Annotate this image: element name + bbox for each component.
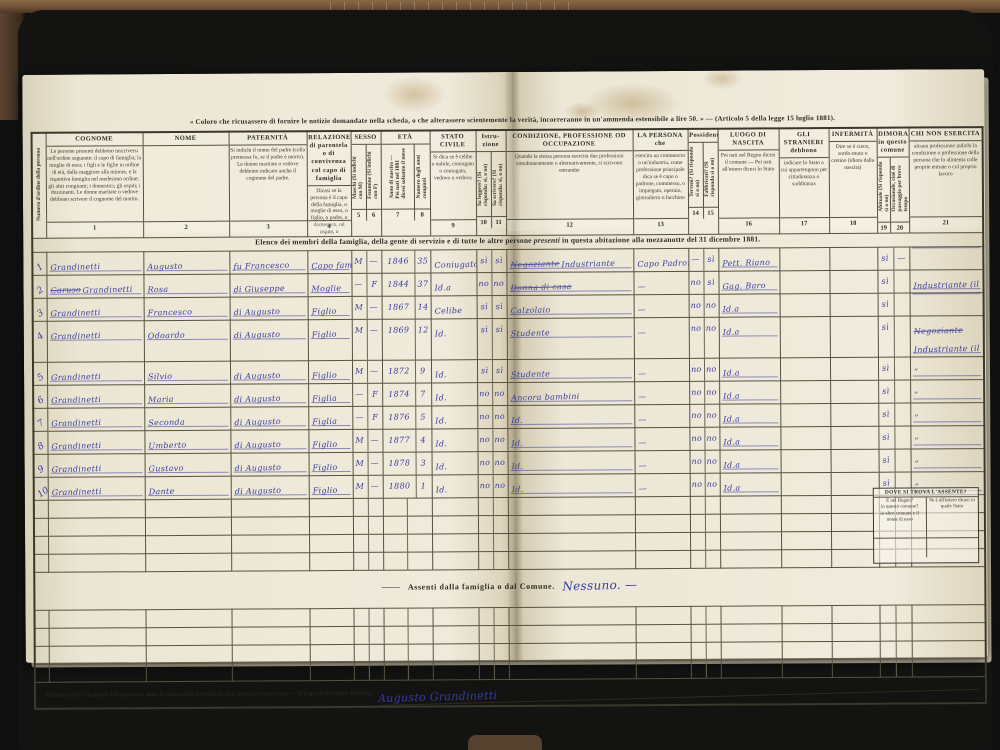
cell-condizione: Id. (507, 405, 634, 429)
cell-abituale-occasionale: sì (879, 449, 911, 472)
cell-abituale-occasionale: sì (878, 426, 910, 449)
blank-cell (383, 552, 432, 570)
cell-infermita (830, 316, 878, 357)
cell-cognome: Grandinetti (47, 321, 144, 363)
cell-legge-scrive: nono (477, 405, 507, 428)
cell-anno-anni: 18783 (383, 452, 432, 475)
blank-cell (831, 531, 879, 549)
cell-luogo: Gag. Baro (718, 271, 779, 294)
cell-cognome: Grandinetti (48, 477, 145, 501)
cell-chi_non: ” (911, 449, 985, 472)
cell-chi_non: ” (910, 380, 984, 403)
cell-luogo: Id.a (719, 358, 780, 381)
blank-cell (880, 659, 912, 677)
blank-cell (309, 516, 353, 534)
blank-cell (781, 514, 831, 532)
cell-condizione: Studente (507, 318, 634, 360)
cell-n: 4 (33, 321, 47, 362)
cell-infermita (830, 293, 878, 316)
blank-cell (433, 626, 479, 644)
cell-sesso_m-sesso_f: —F (352, 406, 382, 429)
cell-cognome: Grandinetti (48, 454, 145, 478)
cell-relazione: Capo famiglia (307, 250, 351, 273)
blank-cell (145, 499, 231, 518)
cell-stato: Id. (432, 452, 478, 475)
col-header-12: LUOGO DI NASCITAPei nati nel Regno dices… (718, 128, 780, 234)
blank-cell (781, 606, 831, 624)
blank-cell (635, 496, 690, 514)
col-header-6: ETÀAnno di nascita — Pei nati nel 1881 d… (381, 130, 431, 236)
blank-cell (691, 624, 721, 642)
cell-luogo: Id.a (720, 473, 781, 496)
cell-paternita: di Augusto (230, 361, 308, 384)
blank-cell (508, 497, 635, 516)
blank-cell (691, 660, 721, 678)
cell-stranieri (780, 294, 830, 317)
blank-cell (353, 552, 383, 570)
cell-legge-scrive: sìsì (477, 295, 507, 318)
blank-cell (49, 646, 146, 665)
cell-terreni-fabbricati: nono (690, 473, 720, 496)
blank-cell (690, 514, 720, 532)
blank-cell (384, 626, 433, 644)
cell-condizione: Id. (508, 451, 635, 475)
cell-chi_non: NegozianteIndustriante (il padre) (910, 316, 984, 357)
blank-cell (690, 550, 720, 568)
blank-cell (384, 662, 433, 680)
blank-cell (231, 499, 309, 517)
cell-stranieri (780, 317, 830, 358)
table-row: 4GrandinettiOdoardodi AugustoFiglioM—186… (33, 316, 984, 363)
cell-chi_non: Industriante (il marito) (909, 270, 983, 293)
cell-terreni-fabbricati: nono (689, 381, 719, 404)
cell-stato: Id.a (430, 273, 476, 296)
cell-stato: Celibe (431, 296, 477, 319)
blank-cell (146, 645, 232, 664)
cell-persona: — (634, 294, 689, 317)
cell-paternita: di Augusto (230, 297, 308, 320)
cell-persona: — (634, 404, 689, 427)
cell-persona: — (633, 271, 688, 294)
blank-cell (231, 517, 309, 535)
cell-paternita: di Augusto (230, 320, 308, 361)
cell-anno-anni: 184437 (381, 273, 430, 296)
cell-infermita (831, 472, 879, 495)
cell-persona: — (635, 473, 690, 496)
blank-cell (509, 625, 636, 644)
census-table: Numero d'ordine della personaCOGNOMELe p… (31, 126, 988, 709)
blank-cell (509, 643, 636, 662)
blank-cell (35, 628, 49, 646)
col-header-13: GLI STRANIERI debbonoindicare lo Stato a… (779, 128, 830, 234)
cell-nome: Rosa (143, 274, 229, 298)
cell-relazione: Figlio (308, 429, 352, 452)
absent-box-left: È nel Regno? in questo comune? in altro … (874, 497, 926, 537)
cell-infermita (831, 449, 879, 472)
blank-cell (478, 497, 508, 515)
cell-paternita: di Augusto (231, 476, 309, 499)
cell-abituale-occasionale: sì (878, 357, 910, 380)
blank-cell (48, 554, 145, 573)
cell-abituale-occasionale: sì (878, 403, 910, 426)
cell-n: 2 (32, 275, 46, 298)
cell-relazione: Figlio (309, 452, 353, 475)
col-header-15: DIMORA in questo comuneAbituale (Si risp… (877, 128, 910, 234)
cell-stranieri (780, 427, 830, 450)
cell-persona: — (634, 317, 689, 358)
cell-anno-anni: 18729 (382, 360, 431, 383)
blank-cell (354, 662, 384, 680)
blank-cell (690, 606, 720, 624)
blank-cell (433, 644, 479, 662)
cell-infermita (830, 426, 878, 449)
blank-cell (309, 608, 353, 626)
blank-cell (721, 660, 782, 678)
cell-relazione: Figlio (308, 319, 352, 360)
cell-paternita: di Augusto (230, 430, 308, 453)
cell-condizione: Donna di casa (506, 272, 633, 296)
blank-cell (48, 536, 145, 555)
blank-cell (310, 644, 354, 662)
blank-cell (508, 515, 635, 534)
cell-abituale-occasionale: sì (878, 380, 910, 403)
blank-cell (832, 659, 880, 677)
cell-stranieri (781, 450, 831, 473)
cell-luogo: Id.a (719, 317, 780, 358)
cell-cognome: Grandinetti (47, 362, 144, 386)
cell-nome: Francesco (144, 297, 230, 321)
blank-cell (354, 626, 384, 644)
blank-cell (353, 498, 383, 516)
absent-location-box: DOVE SI TROVA L'ASSENTE? È nel Regno? in… (873, 487, 979, 564)
cell-sesso_m-sesso_f: —F (352, 383, 382, 406)
census-form-sheet: « Coloro che ricusassero di fornire le n… (22, 69, 988, 663)
cell-abituale-occasionale: sì (877, 270, 909, 293)
col-header-16: CHI NON ESERCITAalcuna professione indic… (909, 127, 984, 233)
cell-relazione: Moglie (307, 273, 351, 296)
cell-stato: Id. (432, 475, 478, 498)
cell-sesso_m-sesso_f: M— (352, 429, 382, 452)
blank-cell (721, 642, 782, 660)
cell-relazione: Figlio (308, 296, 352, 319)
col-header-7: STATO CIVILESi dica se è celibe o nubile… (430, 130, 477, 236)
blank-cell (231, 553, 309, 571)
cell-anno-anni: 18747 (382, 383, 431, 406)
blank-cell (912, 659, 986, 677)
cell-legge-scrive: sìsì (477, 318, 507, 359)
cell-infermita (829, 270, 877, 293)
cell-paternita: di Augusto (230, 384, 308, 407)
cell-n: 10 (34, 477, 48, 500)
col-header-5: SESSOMaschi (Si indichi con M)5Femmine (… (351, 131, 382, 237)
blank-cell (433, 662, 479, 680)
blank-cell (432, 608, 478, 626)
cell-condizione: Calzolaio (507, 295, 634, 319)
cell-luogo: Id.a (720, 450, 781, 473)
cell-nome: Seconda (144, 407, 230, 431)
blank-cell (911, 605, 985, 623)
blank-cell (879, 605, 911, 623)
blank-cell (636, 624, 691, 642)
blank-cell (781, 532, 831, 550)
cell-sesso_m-sesso_f: —F (351, 273, 381, 296)
blank-cell (34, 536, 48, 554)
blank-cell (831, 549, 879, 567)
blank-cell (831, 605, 879, 623)
cell-cognome: Grandinetti (47, 298, 144, 322)
cell-relazione: Figlio (308, 360, 352, 383)
cell-chi_non (910, 293, 984, 316)
col-header-3: PATERNITÀSi indichi il nome del padre (c… (229, 131, 308, 237)
cell-abituale-occasionale: sì— (877, 247, 909, 270)
cell-anno-anni: 18765 (382, 406, 431, 429)
blank-cell (310, 626, 354, 644)
blank-cell (145, 517, 231, 536)
cell-cognome: Grandinetti (47, 431, 144, 455)
blank-cell (636, 660, 691, 678)
cell-anno-anni: 18801 (383, 475, 432, 498)
blank-cell (145, 609, 231, 628)
cell-legge-scrive: nono (477, 382, 507, 405)
absent-box-empty-cells (874, 537, 978, 558)
blank-cell (383, 516, 432, 534)
cell-anno-anni: 184635 (381, 250, 430, 273)
blank-cell (635, 532, 690, 550)
blank-cell (432, 552, 478, 570)
cell-n: 7 (33, 408, 47, 431)
cell-persona: Capo Padrone (633, 248, 688, 271)
cell-sesso_m-sesso_f: M— (352, 319, 382, 360)
blank-cell (635, 606, 690, 624)
blank-cell (478, 533, 508, 551)
blank-cell (479, 661, 509, 679)
assenti-handwritten-value: Nessuno. — (563, 578, 638, 592)
blank-cell (720, 514, 781, 532)
blank-cell (912, 623, 986, 641)
cell-nome: Odoardo (144, 320, 230, 362)
blank-cell (781, 550, 831, 568)
cell-terreni-fabbricati: —sì (688, 248, 718, 271)
cell-sesso_m-sesso_f: M— (352, 296, 382, 319)
cell-legge-scrive: nono (478, 474, 508, 497)
blank-cell (831, 495, 879, 513)
cell-stato: Id. (431, 319, 477, 360)
blank-cell (232, 663, 310, 681)
cell-stranieri (780, 404, 830, 427)
cell-stranieri (779, 271, 829, 294)
cell-anno-anni: 186912 (382, 319, 431, 360)
cell-terreni-fabbricati: nono (689, 358, 719, 381)
blank-cell (231, 609, 309, 627)
blank-cell (690, 496, 720, 514)
blank-cell (34, 610, 48, 628)
cell-chi_non: ” (910, 357, 984, 380)
blank-cell (383, 498, 432, 516)
cell-sesso_m-sesso_f: M— (353, 475, 383, 498)
cell-n: 8 (33, 431, 47, 454)
blank-cell (232, 645, 310, 663)
cell-relazione: Figlio (309, 475, 353, 498)
blank-cell (832, 641, 880, 659)
cell-abituale-occasionale: sì (878, 316, 910, 357)
cell-cognome: Grandinetti (46, 252, 143, 276)
blank-cell (509, 661, 636, 680)
cell-condizione: NegozianteIndustriante (506, 249, 633, 273)
cell-cognome: CarusoGrandinetti (46, 275, 143, 299)
blank-cell (35, 664, 49, 682)
blank-cell (479, 625, 509, 643)
blank-cell (636, 642, 691, 660)
blank-cell (832, 623, 880, 641)
blank-cell (232, 627, 310, 645)
cell-legge-scrive: sìsì (477, 359, 507, 382)
cell-nome: Umberto (144, 430, 230, 454)
cell-nome: Dante (145, 476, 231, 500)
blank-cell (384, 644, 433, 662)
cell-n: 9 (34, 454, 48, 477)
blank-cell (353, 534, 383, 552)
col-header-11: PossidenteTerreni? (Si risponda sì o no)… (688, 129, 719, 235)
cell-stato: Id. (431, 406, 477, 429)
cell-nome: Gustavo (145, 453, 231, 477)
col-header-4: RELAZIONE di parentela o di convivenza c… (307, 131, 352, 237)
cell-paternita: di Augusto (231, 453, 309, 476)
blank-cell (508, 607, 635, 626)
cell-infermita (829, 247, 877, 270)
blank-cell (49, 628, 146, 647)
cell-persona: — (635, 450, 690, 473)
cell-anno-anni: 186714 (382, 296, 431, 319)
blank-cell (831, 513, 879, 531)
blank-cell (720, 532, 781, 550)
cell-infermita (830, 357, 878, 380)
cell-luogo: Id.a (719, 427, 780, 450)
blank-cell (309, 552, 353, 570)
blank-cell (721, 624, 782, 642)
cell-nome: Augusto (143, 251, 229, 275)
cell-terreni-fabbricati: nono (689, 294, 719, 317)
cell-luogo: Id.a (719, 404, 780, 427)
absent-box-right: Se è all'estero dicasi in quale Stato (925, 497, 978, 537)
cell-sesso_m-sesso_f: M— (351, 250, 381, 273)
cell-n: 5 (33, 362, 47, 385)
blank-cell (48, 610, 145, 629)
blank-cell (508, 551, 635, 570)
cell-condizione: Studente (507, 359, 634, 383)
blank-cell (690, 532, 720, 550)
cell-paternita: fu Francesco (229, 251, 307, 274)
blank-cell (782, 642, 832, 660)
blank-cell (432, 534, 478, 552)
blank-cell (478, 551, 508, 569)
col-header-1: COGNOMELe persone presenti debbono inscr… (46, 132, 144, 238)
blank-cell (353, 516, 383, 534)
cell-stranieri (781, 473, 831, 496)
blank-cell (479, 643, 509, 661)
blank-cell (383, 608, 432, 626)
blank-cell (49, 664, 146, 683)
cell-terreni-fabbricati: nono (689, 427, 719, 450)
cover-notch (468, 735, 542, 750)
cell-n: 1 (32, 252, 46, 275)
blank-cell (635, 514, 690, 532)
declaration-row: Dichiaro che le suddette informazioni so… (35, 677, 986, 709)
cell-anno-anni: 18774 (382, 429, 431, 452)
cell-stranieri (779, 248, 829, 271)
blank-cell (353, 608, 383, 626)
blank-cell (34, 554, 48, 572)
cell-luogo: Id.a (719, 294, 780, 317)
cell-stato: Id. (431, 383, 477, 406)
cell-terreni-fabbricati: nono (689, 404, 719, 427)
cell-relazione: Figlia (308, 406, 352, 429)
cell-persona: — (634, 427, 689, 450)
declaration-text: Dichiaro che le suddette informazioni so… (46, 690, 372, 699)
cell-relazione: Figlia (308, 383, 352, 406)
blank-cell (478, 607, 508, 625)
cell-legge-scrive: sìsì (476, 249, 506, 272)
assenti-label: Assenti dalla famiglia o dal Comune. (408, 581, 555, 591)
assenti-row: ——Assenti dalla famiglia o dal Comune.Ne… (34, 567, 985, 611)
col-header-8: Istru- zioneSa leggere? (Si risponda: sì… (476, 130, 507, 236)
cell-infermita (830, 380, 878, 403)
col-header-14: INFERMITÀDire se è cieco, sordo-muto o c… (829, 128, 878, 234)
blank-cell (309, 534, 353, 552)
blank-cell (880, 623, 912, 641)
col-header-0: Numero d'ordine della persona (32, 133, 47, 239)
blank-cell (354, 644, 384, 662)
cell-luogo: Pett. Riano (718, 248, 779, 271)
blank-cell (691, 642, 721, 660)
blank-cell (146, 663, 232, 682)
blank-cell (383, 534, 432, 552)
blank-cell (720, 496, 781, 514)
cell-cognome: Grandinetti (47, 385, 144, 409)
blank-cell (432, 498, 478, 516)
header-row: Numero d'ordine della personaCOGNOMELe p… (32, 127, 984, 238)
blank-cell (145, 553, 231, 572)
cell-chi_non: ” (910, 426, 984, 449)
blank-cell (781, 496, 831, 514)
cell-condizione: Id. (508, 474, 635, 498)
cell-persona: — (634, 381, 689, 404)
blank-cell (720, 606, 781, 624)
cell-persona: — (634, 358, 689, 381)
cell-legge-scrive: nono (476, 272, 506, 295)
blank-cell (309, 498, 353, 516)
blank-cell (782, 660, 832, 678)
col-header-2: NOME2 (143, 132, 230, 238)
head-of-family-signature: Augusto Grandinetti (378, 677, 979, 706)
blank-cell (432, 516, 478, 534)
blank-cell (880, 641, 912, 659)
cell-paternita: di Augusto (230, 407, 308, 430)
blank-cell (35, 646, 49, 664)
cell-stranieri (780, 358, 830, 381)
cell-luogo: Id.a (719, 381, 780, 404)
blank-cell (478, 515, 508, 533)
cell-legge-scrive: nono (478, 451, 508, 474)
cell-stato: Id. (431, 429, 477, 452)
cell-chi_non (909, 247, 983, 270)
cell-chi_non: ” (910, 403, 984, 426)
cell-stato: Coniugato (430, 250, 476, 273)
blank-cell (310, 662, 354, 680)
blank-cell (912, 641, 986, 659)
cell-condizione: Ancora bambini (507, 382, 634, 406)
blank-cell (720, 550, 781, 568)
blank-cell (48, 518, 145, 537)
